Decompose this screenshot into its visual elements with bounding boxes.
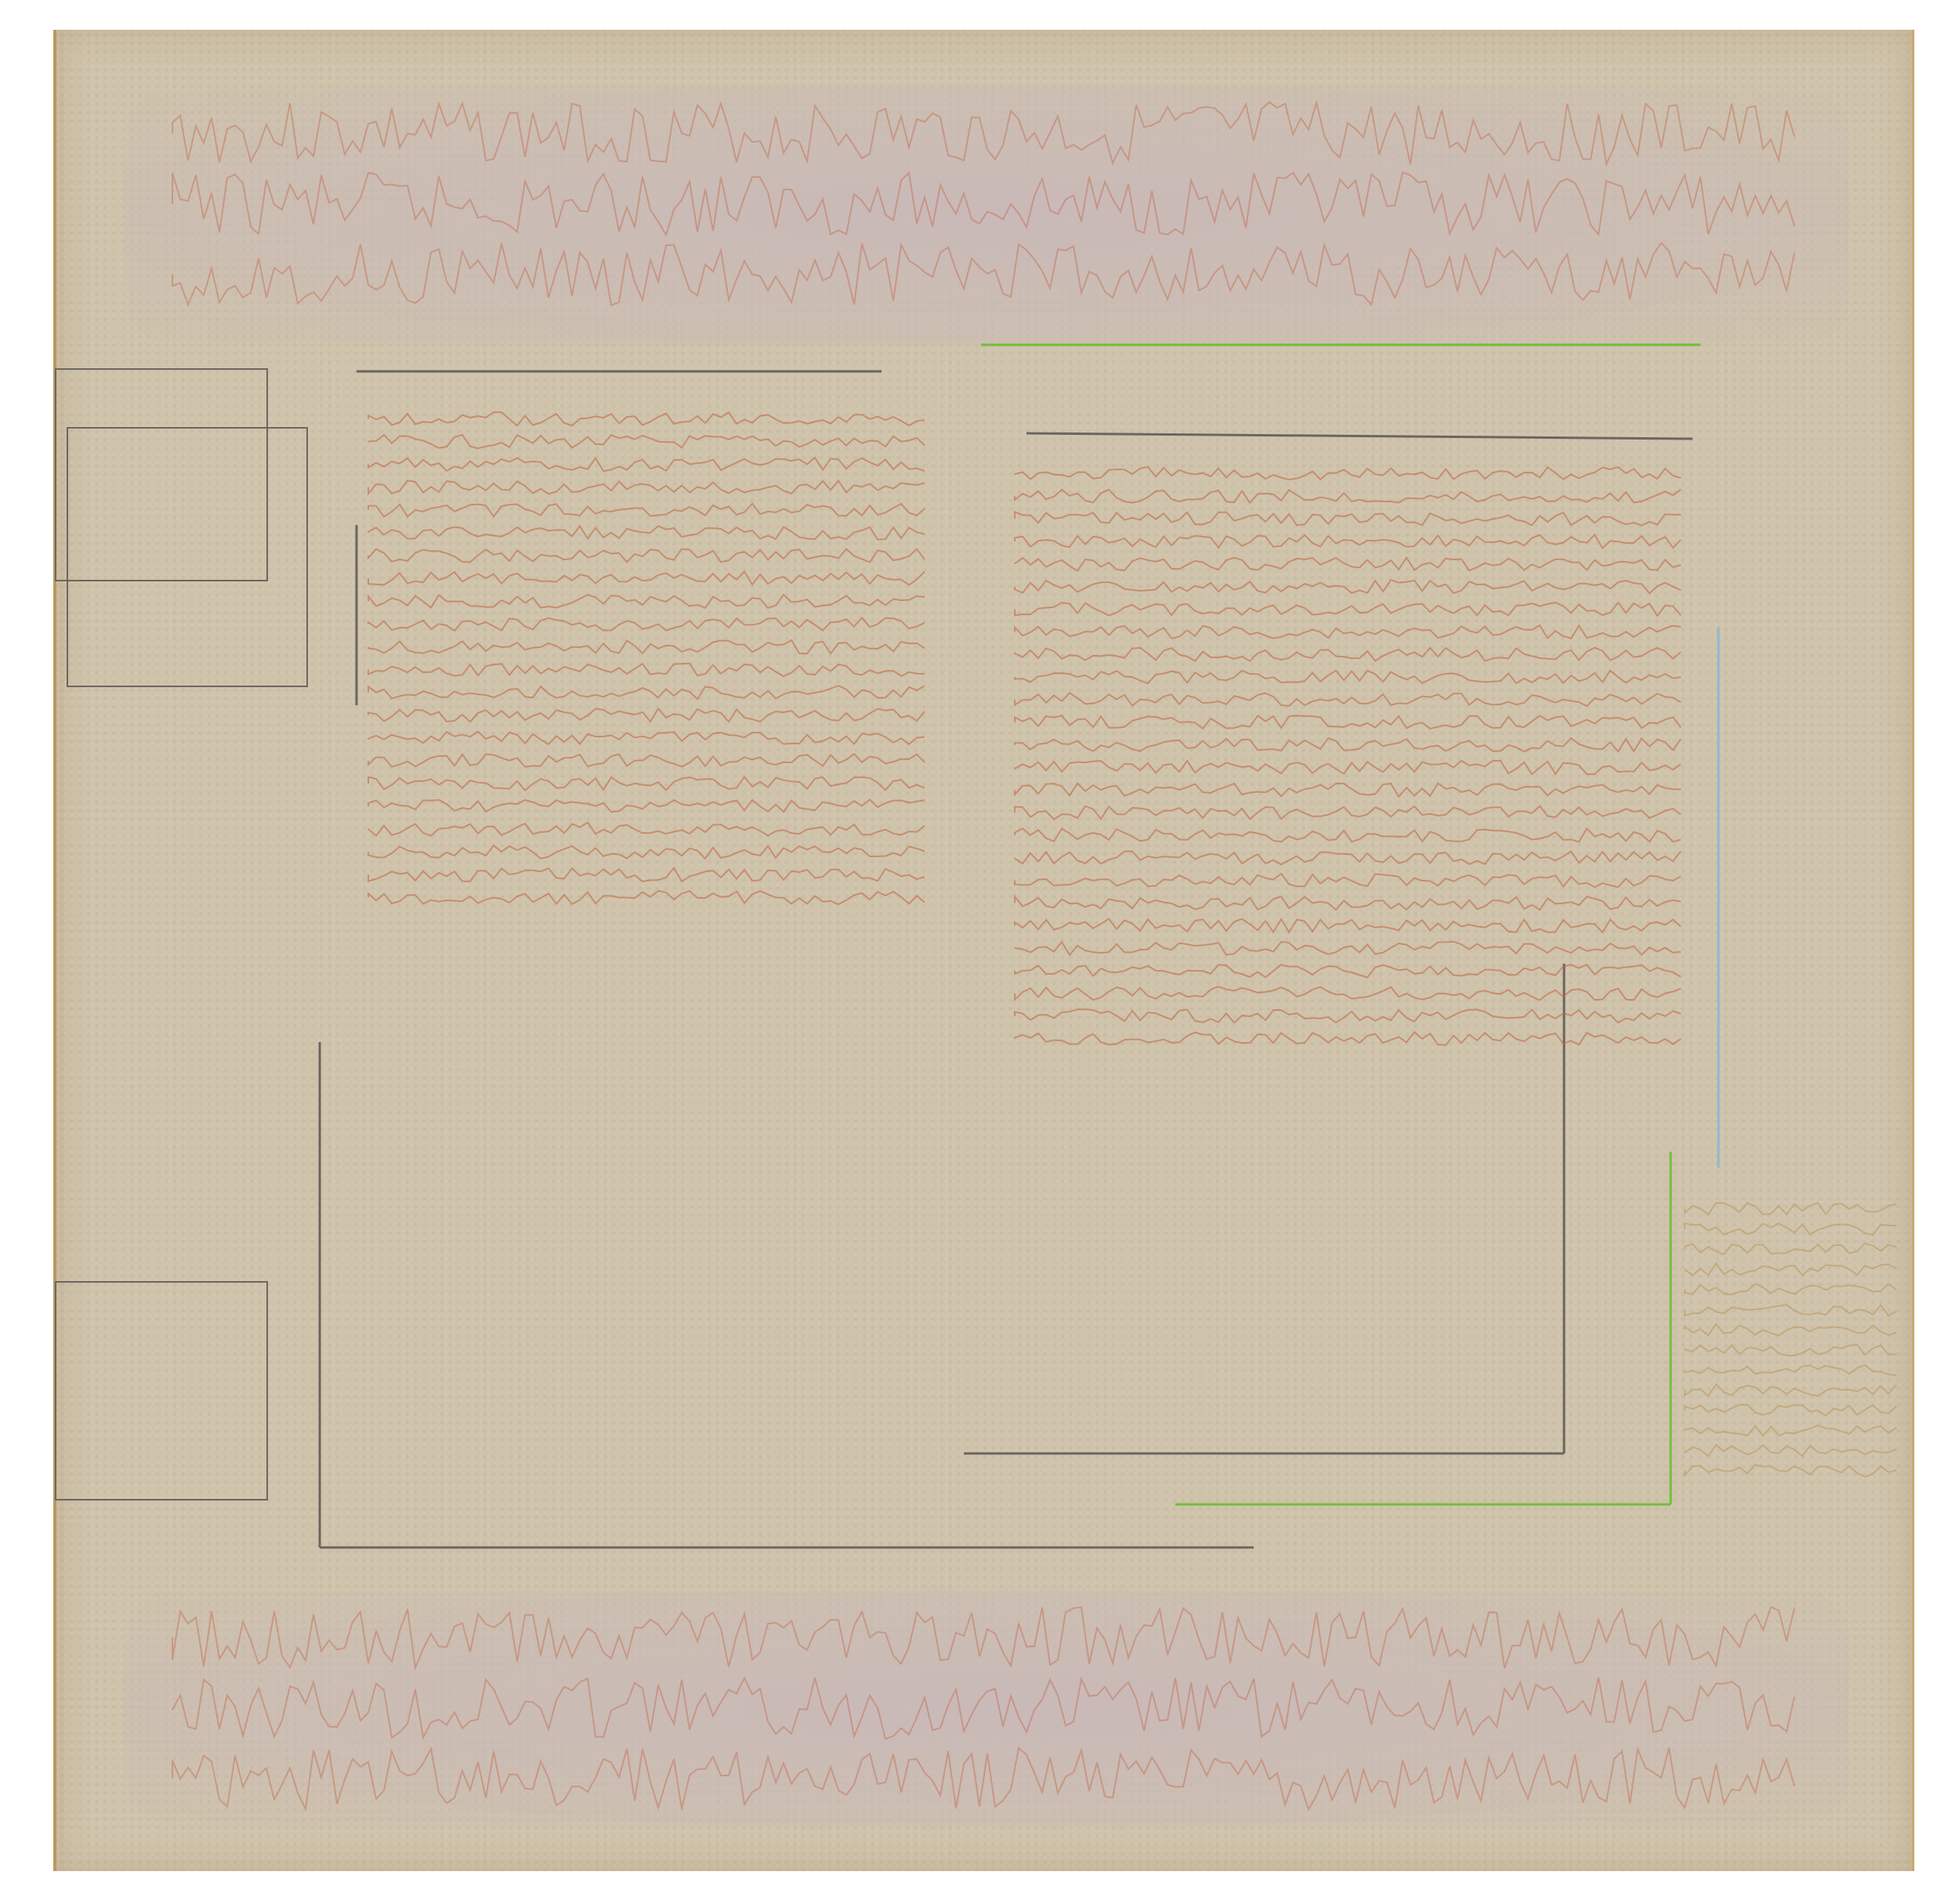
script-row — [1015, 851, 1681, 864]
script-row — [1015, 784, 1681, 797]
script-row — [1015, 534, 1681, 548]
script-row — [368, 868, 925, 881]
script-row — [1015, 558, 1681, 571]
script-row — [1685, 1445, 1896, 1456]
script-row — [368, 799, 925, 812]
script-row — [1685, 1243, 1896, 1254]
right-edge-wavy-lines — [1685, 1203, 1896, 1476]
script-row — [1685, 1365, 1896, 1375]
script-row — [1015, 671, 1681, 684]
script-row — [1015, 580, 1681, 593]
left-script-column — [368, 412, 925, 904]
right-upper-line — [1027, 433, 1693, 439]
script-row — [368, 458, 925, 471]
script-row — [1015, 986, 1681, 1000]
script-row — [368, 549, 925, 563]
script-row — [1685, 1223, 1896, 1235]
script-row — [1015, 1032, 1681, 1045]
script-row — [1015, 715, 1681, 729]
script-row — [1015, 806, 1681, 820]
script-row — [1015, 919, 1681, 932]
script-row — [368, 891, 925, 904]
script-row — [1015, 942, 1681, 955]
script-row — [368, 640, 925, 653]
script-row — [1015, 896, 1681, 910]
top-script-band-strokes — [172, 102, 1794, 305]
script-row — [1685, 1425, 1896, 1436]
script-row — [1685, 1465, 1896, 1477]
script-row — [1015, 625, 1681, 639]
script-row — [1015, 738, 1681, 751]
script-row — [368, 777, 925, 791]
script-row — [368, 823, 925, 836]
script-row — [1685, 1324, 1896, 1336]
drawn-lines — [0, 0, 1959, 1904]
script-row — [368, 412, 925, 425]
script-row — [368, 480, 925, 494]
script-row — [1685, 1385, 1896, 1396]
script-row — [368, 526, 925, 539]
script-row — [1685, 1203, 1896, 1214]
script-row — [368, 732, 925, 744]
script-row — [368, 572, 925, 585]
script-row — [368, 664, 925, 676]
script-row — [1015, 828, 1681, 842]
script-row — [368, 754, 925, 767]
script-row — [368, 504, 925, 517]
right-script-columns — [1015, 467, 1681, 1045]
script-row — [368, 845, 925, 859]
script-row — [1015, 603, 1681, 616]
script-row — [1685, 1284, 1896, 1295]
script-row — [368, 595, 925, 608]
script-row — [1685, 1405, 1896, 1416]
script-row — [368, 708, 925, 722]
script-row — [1685, 1264, 1896, 1276]
script-row — [1685, 1305, 1896, 1316]
script-row — [1015, 512, 1681, 526]
script-row — [1015, 1009, 1681, 1023]
script-row — [1015, 490, 1681, 503]
script-row — [1685, 1345, 1896, 1356]
script-row — [1015, 965, 1681, 977]
script-row — [368, 686, 925, 699]
script-row — [1015, 761, 1681, 774]
script-row — [368, 435, 925, 448]
script-row — [368, 617, 925, 631]
script-row — [1015, 874, 1681, 887]
script-row — [1015, 467, 1681, 480]
script-row — [1015, 648, 1681, 661]
script-row — [1015, 693, 1681, 706]
bottom-script-band-strokes — [172, 1607, 1794, 1809]
